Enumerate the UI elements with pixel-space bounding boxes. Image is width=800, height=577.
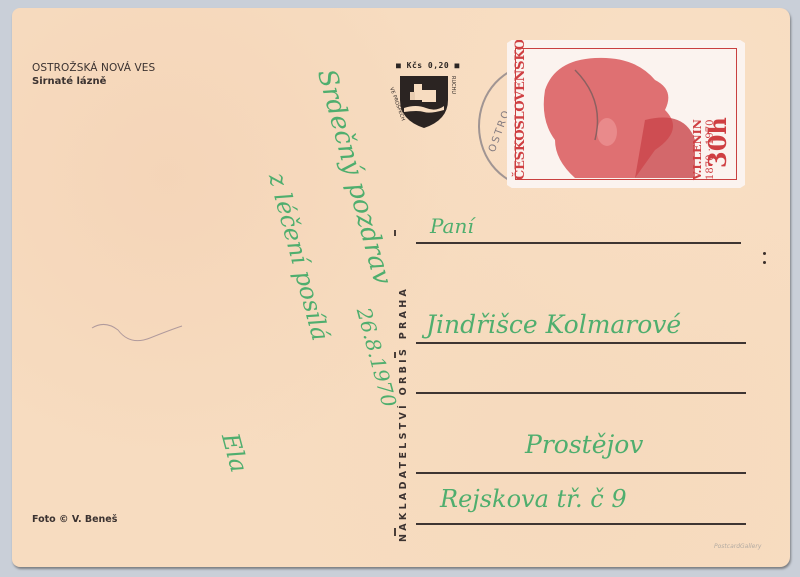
divider-line bbox=[394, 230, 396, 236]
svg-text:RUCHU: RUCHU bbox=[450, 76, 456, 94]
address-line bbox=[416, 242, 741, 244]
stamp-years: 1870 · 1970 bbox=[705, 120, 716, 180]
postage-stamp: ČESKOSLOVENSKO 30h V.I.LENIN 1870 · 1970 bbox=[507, 40, 745, 188]
address-line bbox=[416, 523, 746, 525]
address-line bbox=[416, 472, 746, 474]
location-title: OSTROŽSKÁ NOVÁ VES bbox=[32, 62, 155, 74]
lenin-portrait-icon bbox=[535, 50, 695, 178]
stamp-name: V.I.LENIN bbox=[691, 119, 704, 180]
address-line bbox=[416, 342, 746, 344]
dot-mark bbox=[763, 261, 766, 264]
address-street: Rejskova tř. č 9 bbox=[440, 485, 627, 513]
address-name: Jindřišce Kolmarové bbox=[426, 310, 681, 339]
address-line bbox=[416, 392, 746, 394]
stamp-country: ČESKOSLOVENSKO bbox=[513, 39, 528, 180]
address-salutation: Paní bbox=[430, 214, 474, 238]
castle-emblem-icon: VE PROSPĚCH RUCHU bbox=[386, 58, 462, 138]
location-subtitle: Sirnaté lázně bbox=[32, 76, 106, 87]
dot-mark bbox=[763, 252, 766, 255]
divider-line bbox=[394, 528, 396, 536]
pencil-mark bbox=[90, 318, 190, 348]
address-city: Prostějov bbox=[525, 430, 643, 459]
watermark: PostcardGallery bbox=[714, 543, 761, 550]
photo-credit: Foto © V. Beneš bbox=[32, 514, 117, 525]
divider-line bbox=[394, 352, 396, 358]
publisher-label: NAKLADATELSTVÍ ORBIS PRAHA bbox=[398, 286, 409, 542]
